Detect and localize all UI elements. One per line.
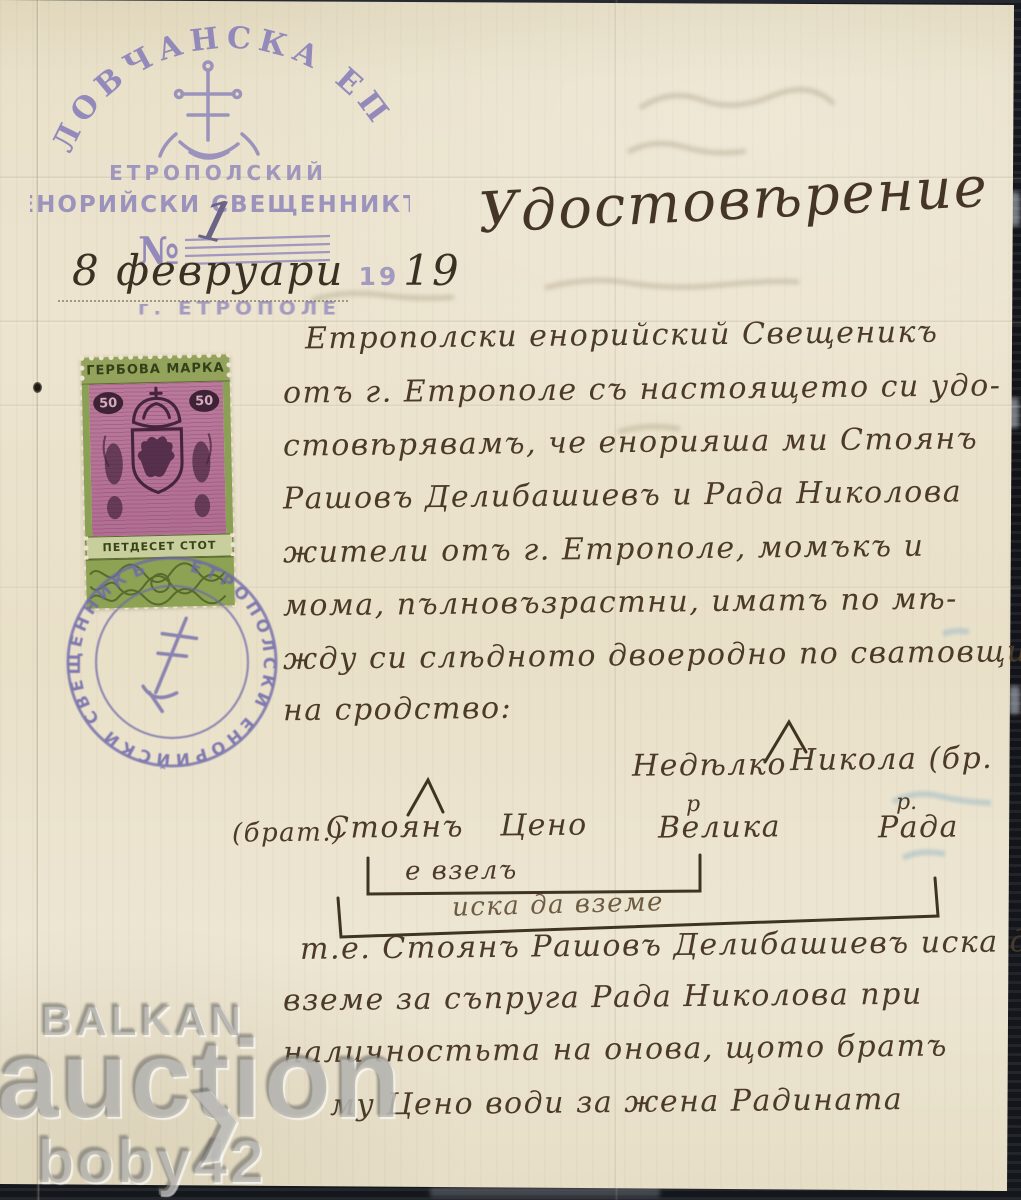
stamp-org-line1: ЕТРОПОЛСКИЙ [109,161,327,185]
printed-year-prefix: 19 [358,262,399,291]
revenue-stamp-title: ГЕРБОВА МАРКА [86,360,225,378]
body-line: му Цено води за жена Радината [330,1082,904,1123]
body-line: Етрополски енорийский Свещеникъ [305,315,939,357]
body-line: т.е. Стоянъ Рашовъ Делибашиевъ иска да [300,924,1021,967]
revenue-stamp-center: 50 50 [82,381,233,536]
diagram-name: Рада [878,810,959,846]
cross-emblem-icon [160,62,258,158]
body-line: Рашовъ Делибашиевъ и Рада Николова [283,474,962,516]
diagram-wants-label: иска да вземе [452,887,665,923]
diagram-name: Велика [658,809,781,845]
body-line: мома, пълновъзрастни, иматъ по мѣ- [283,581,958,623]
eparchy-arc-text: ЛОВЧАНСКА ЕПАРХИЯ [30,12,399,158]
diagram-married-label: е взелъ [405,855,518,886]
svg-text:ЛОВЧАНСКА ЕПАРХИЯ: ЛОВЧАНСКА ЕПАРХИЯ [30,12,399,158]
diagram-name: Никола (бр. [790,741,994,778]
body-line: наличностьта на онова, щото братъ [283,1029,948,1071]
auction-photo-of-document: ЛОВЧАНСКА ЕПАРХИЯ ЕТРОПОЛСКИЙ ЕНОРИЙСКИ … [0,0,1021,1200]
handwritten-year-suffix: 19 [403,246,460,295]
seal-center-emblem-icon [138,612,202,714]
body-line: вземе за съпруга Рада Николова при [283,977,923,1019]
diagram-name: Стоянъ [326,809,464,845]
revenue-stamp-header: ГЕРБОВА МАРКА [81,354,230,384]
paper-hole [33,382,42,393]
date-dotted-line [58,300,348,302]
parish-round-seal: ЕТРОПОЛСКИ ЕНОРИЙСКИ СВЕЩЕННИКЪ [56,546,288,778]
diagram-name: Недѣлко [632,747,787,784]
diagram-name: Цено [500,808,588,844]
lion-rampant [137,436,175,477]
background-streak [430,1188,660,1197]
coat-of-arms-icon [89,382,226,537]
body-line: стовѣрявамъ, че енорияша ми Стоянъ [283,421,979,463]
handwritten-date: 8 февруари [72,246,344,295]
body-line: жители отъ г. Етрополе, момъкъ и [283,529,925,571]
date-line: 8 февруари1919 [72,246,461,295]
